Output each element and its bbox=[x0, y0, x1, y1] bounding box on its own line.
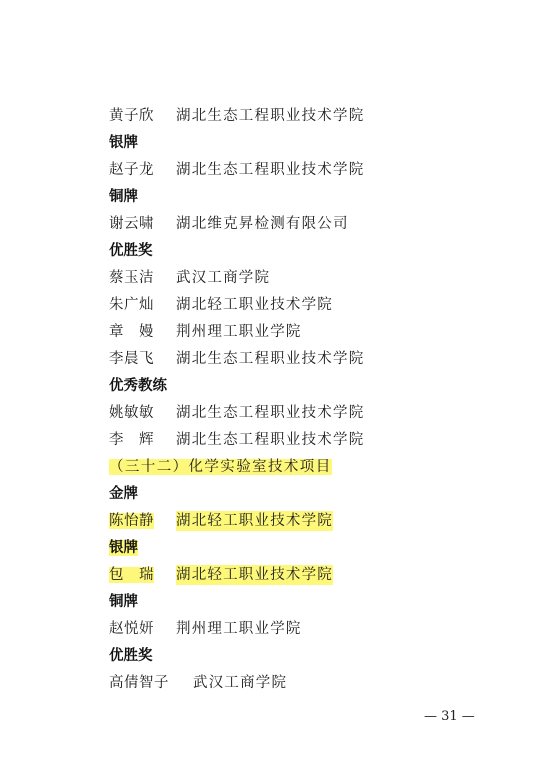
organization: 湖北生态工程职业技术学院 bbox=[176, 430, 364, 450]
organization: 湖北生态工程职业技术学院 bbox=[176, 403, 364, 423]
person-name: 李晨飞 bbox=[109, 349, 176, 369]
organization: 湖北轻工职业技术学院 bbox=[176, 565, 333, 585]
award-heading-gold: 金牌 bbox=[109, 484, 138, 504]
award-heading-merit: 优胜奖 bbox=[109, 241, 153, 261]
list-item: 陈怡静湖北轻工职业技术学院 bbox=[109, 511, 333, 531]
person-name: 姚敏敏 bbox=[109, 403, 176, 423]
person-name: 包 瑞 bbox=[109, 565, 176, 585]
organization: 荆州理工职业学院 bbox=[176, 322, 302, 342]
organization: 湖北维克昇检测有限公司 bbox=[176, 214, 349, 234]
person-name: 陈怡静 bbox=[109, 511, 176, 531]
section-title-text: （三十二）化学实验室技术项目 bbox=[109, 459, 332, 475]
list-item: 赵悦妍荆州理工职业学院 bbox=[109, 619, 302, 639]
person-name: 赵子龙 bbox=[109, 160, 176, 180]
organization: 武汉工商学院 bbox=[193, 673, 287, 693]
award-heading-silver: 银牌 bbox=[109, 538, 138, 558]
person-name: 谢云啸 bbox=[109, 214, 176, 234]
list-item: 高倩智子武汉工商学院 bbox=[109, 673, 287, 693]
organization: 湖北轻工职业技术学院 bbox=[176, 511, 333, 531]
person-name: 赵悦妍 bbox=[109, 619, 176, 639]
organization: 武汉工商学院 bbox=[176, 268, 270, 288]
page-number: — 31 — bbox=[424, 709, 475, 724]
list-item: 蔡玉洁武汉工商学院 bbox=[109, 268, 270, 288]
person-name: 黄子欣 bbox=[109, 106, 176, 126]
list-item: 朱广灿湖北轻工职业技术学院 bbox=[109, 295, 333, 315]
person-name: 朱广灿 bbox=[109, 295, 176, 315]
award-heading-coach: 优秀教练 bbox=[109, 376, 167, 396]
award-heading-bronze: 铜牌 bbox=[109, 592, 138, 612]
person-name: 高倩智子 bbox=[109, 673, 193, 693]
list-item: 包 瑞湖北轻工职业技术学院 bbox=[109, 565, 333, 585]
document-page: 黄子欣湖北生态工程职业技术学院 银牌 赵子龙湖北生态工程职业技术学院 铜牌 谢云… bbox=[0, 0, 553, 783]
award-heading-bronze: 铜牌 bbox=[109, 187, 138, 207]
list-item: 李晨飞湖北生态工程职业技术学院 bbox=[109, 349, 364, 369]
list-item: 李 辉湖北生态工程职业技术学院 bbox=[109, 430, 364, 450]
list-item: 姚敏敏湖北生态工程职业技术学院 bbox=[109, 403, 364, 423]
organization: 湖北轻工职业技术学院 bbox=[176, 295, 333, 315]
organization: 湖北生态工程职业技术学院 bbox=[176, 106, 364, 126]
person-name: 李 辉 bbox=[109, 430, 176, 450]
organization: 荆州理工职业学院 bbox=[176, 619, 302, 639]
person-name: 章 嫚 bbox=[109, 322, 176, 342]
list-item: 章 嫚荆州理工职业学院 bbox=[109, 322, 302, 342]
organization: 湖北生态工程职业技术学院 bbox=[176, 349, 364, 369]
award-heading-silver: 银牌 bbox=[109, 133, 138, 153]
organization: 湖北生态工程职业技术学院 bbox=[176, 160, 364, 180]
list-item: 黄子欣湖北生态工程职业技术学院 bbox=[109, 106, 364, 126]
person-name: 蔡玉洁 bbox=[109, 268, 176, 288]
list-item: 谢云啸湖北维克昇检测有限公司 bbox=[109, 214, 349, 234]
section-title: （三十二）化学实验室技术项目 bbox=[109, 457, 332, 477]
list-item: 赵子龙湖北生态工程职业技术学院 bbox=[109, 160, 364, 180]
award-heading-merit: 优胜奖 bbox=[109, 646, 153, 666]
